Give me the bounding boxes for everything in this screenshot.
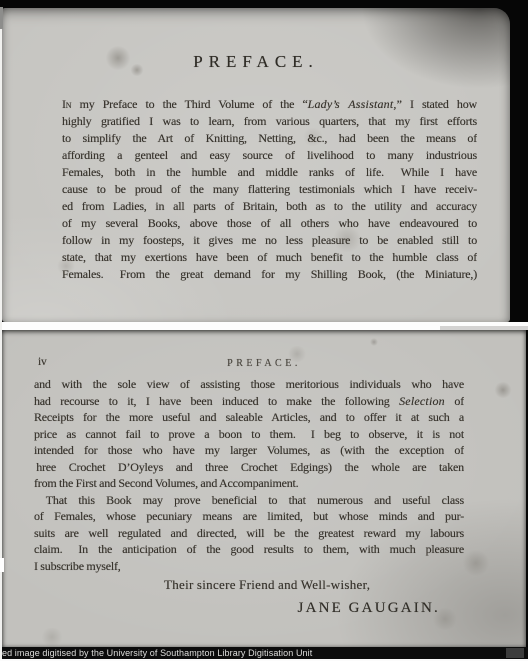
- running-head-title: PREFACE.: [2, 358, 526, 369]
- signoff-line: Their sincere Friend and Well-wisher,: [164, 577, 526, 593]
- text-line: In my Preface to the Third Volume of the…: [62, 96, 477, 113]
- text-line: affording a genteel and easy source of l…: [62, 147, 477, 164]
- text-line: That this Book may prove beneficial to t…: [34, 492, 464, 509]
- text-line: I subscribe myself,: [34, 558, 464, 575]
- page-body-text: and with the sole view of assisting thos…: [34, 376, 464, 574]
- text-line: suits are well regulated and directed, w…: [34, 525, 464, 542]
- paper-stain: [494, 382, 512, 398]
- page-title: PREFACE.: [2, 52, 510, 72]
- running-header: iv PREFACE.: [2, 356, 526, 370]
- text-line: to simplify the Art of Knitting, Netting…: [62, 130, 477, 147]
- scan-edge-corner: [0, 7, 3, 29]
- text-line: claim. In the anticipation of the good r…: [34, 541, 464, 558]
- text-line: Females, both in the humble and middle r…: [62, 164, 477, 181]
- digitisation-credit-bar: ed image digitised by the University of …: [0, 647, 528, 659]
- page-separator: [0, 322, 528, 330]
- text-line: intended for those who have my larger Vo…: [34, 442, 464, 459]
- text-line: had recourse to it, I have been induced …: [34, 393, 464, 410]
- text-line: from the First and Second Volumes, and A…: [34, 475, 464, 492]
- text-line: of Females, whose pecuniary means are li…: [34, 508, 464, 525]
- signature-name: JANE GAUGAIN.: [2, 600, 440, 617]
- paper-stain: [462, 550, 490, 576]
- book-page-iii: PREFACE. In my Preface to the Third Volu…: [2, 8, 510, 322]
- book-page-iv: iv PREFACE. and with the sole view of as…: [2, 330, 526, 647]
- credit-text: ed image digitised by the University of …: [2, 648, 312, 658]
- paper-stain: [40, 628, 64, 646]
- text-line: Females. From the great demand for my Sh…: [62, 266, 477, 283]
- text-line: of my several Books, above those of all …: [62, 215, 477, 232]
- text-line: follow in my foosteps, it gives me no le…: [62, 232, 477, 249]
- text-line: hree Crochet D’Oyleys and three Crochet …: [34, 459, 464, 476]
- text-line: ed from Ladies, in all parts of Britain,…: [62, 198, 477, 215]
- text-line: Receipts for the more useful and saleabl…: [34, 409, 464, 426]
- credit-bar-endcap: [506, 648, 524, 658]
- scanned-book-spread: PREFACE. In my Preface to the Third Volu…: [0, 0, 528, 661]
- text-line: state, that my exertions have been of mu…: [62, 249, 477, 266]
- text-line: price as cannot fail to prove a boon to …: [34, 426, 464, 443]
- text-line: and with the sole view of assisting thos…: [34, 376, 464, 393]
- page-body-text: In my Preface to the Third Volume of the…: [62, 96, 477, 283]
- paper-stain: [370, 338, 378, 346]
- scan-notch: [0, 558, 4, 572]
- text-line: cause to be proud of the many flattering…: [62, 181, 477, 198]
- text-line: highly gratified I was to learn, from va…: [62, 113, 477, 130]
